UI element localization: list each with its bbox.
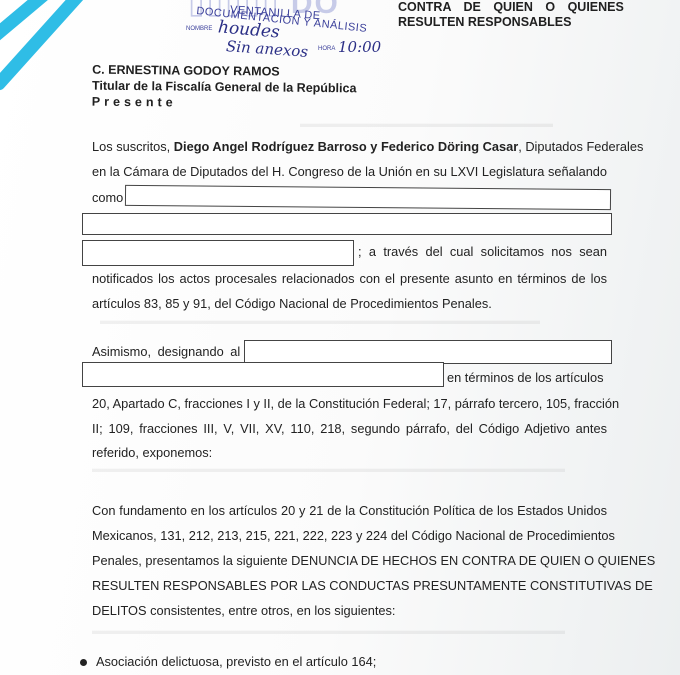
paragraph2-line1: Asimismo, designando al: [92, 344, 240, 359]
paragraph2-line4: II; 109, fracciones III, V, VII, XV, 110…: [92, 421, 607, 436]
reception-stamp: ▯▯▯▯▯ DO VENTANILLA DE DOCUMENTACIÓN Y A…: [178, 0, 393, 62]
p1-intro: Los suscritos,: [92, 139, 174, 154]
bleed-through-text: ▬▬▬▬▬▬▬▬▬▬▬▬▬▬▬▬▬▬▬▬▬▬▬: [300, 118, 553, 130]
paragraph2-line2: en términos de los artículos: [447, 370, 603, 385]
stamp-handwritten-annex: Sin anexos: [225, 37, 308, 61]
paragraph3-line1: Con fundamento en los artículos 20 y 21 …: [92, 503, 607, 518]
paragraph3-line4: RESULTEN RESPONSABLES POR LAS CONDUCTAS …: [92, 578, 607, 593]
paragraph1-line4: ; a través del cual solicitamos nos sean: [358, 244, 607, 259]
paragraph3-line2: Mexicanos, 131, 212, 213, 215, 221, 222,…: [92, 528, 607, 543]
addressee-block: C. ERNESTINA GODOY RAMOS Titular de la F…: [92, 62, 357, 113]
paragraph1-como: como: [92, 190, 123, 205]
paragraph3-line3: Penales, presentamos la siguiente DENUNC…: [92, 553, 607, 568]
paragraph1-line6: artículos 83, 85 y 91, del Código Nacion…: [92, 296, 492, 311]
bleed-through-text: ▬▬▬▬▬▬▬▬▬▬▬▬▬▬▬▬▬▬▬▬▬▬▬▬▬▬▬▬▬▬▬▬▬▬▬▬▬▬▬▬…: [92, 625, 565, 637]
paragraph3-line5: DELITOS consistentes, entre otros, en lo…: [92, 603, 396, 618]
signatory-names: Diego Angel Rodríguez Barroso y Federico…: [174, 139, 518, 154]
p1-line1-end: , Diputados Federales: [518, 139, 643, 154]
paragraph1-line5: notificados los actos procesales relacio…: [92, 271, 607, 286]
crime-list-item: Asociación delictuosa, previsto en el ar…: [80, 654, 376, 669]
bleed-through-text: ▬▬▬▬▬▬▬▬▬▬▬▬▬▬▬▬▬▬▬▬▬▬▬▬▬▬▬▬▬▬▬▬▬▬▬▬▬▬▬▬: [100, 315, 540, 327]
stamp-name-label: NOMBRE: [186, 26, 212, 32]
document-heading: CONTRA DE QUIEN O QUIENES RESULTEN RESPO…: [398, 0, 624, 30]
bleed-through-text: ▬▬▬▬▬▬▬▬▬▬▬▬▬▬▬▬▬▬▬▬▬▬▬▬▬▬▬▬▬▬▬▬▬▬▬▬▬▬▬▬…: [92, 463, 565, 475]
heading-line2: RESULTEN RESPONSABLES: [398, 15, 624, 30]
paragraph2-line3: 20, Apartado C, fracciones I y II, de la…: [92, 396, 607, 411]
paragraph2-line5: referido, exponemos:: [92, 445, 212, 460]
redacted-address-box-1: [125, 185, 611, 210]
bullet-icon: [80, 659, 87, 666]
paragraph1-line2: en la Cámara de Diputados del H. Congres…: [92, 164, 607, 179]
stamp-time-label: HORA: [318, 46, 335, 52]
redacted-representative-box-1: [244, 340, 612, 364]
redacted-address-box-2: [82, 213, 612, 235]
salutation: Presente: [92, 94, 357, 113]
paragraph1-line1: Los suscritos, Diego Angel Rodríguez Bar…: [92, 139, 607, 154]
crime-text: Asociación delictuosa, previsto en el ar…: [96, 654, 376, 669]
redacted-address-box-3: [82, 240, 354, 266]
heading-line1: CONTRA DE QUIEN O QUIENES: [398, 0, 624, 15]
redacted-representative-box-2: [82, 362, 444, 387]
stamp-handwritten-time: 10:00: [338, 38, 381, 56]
